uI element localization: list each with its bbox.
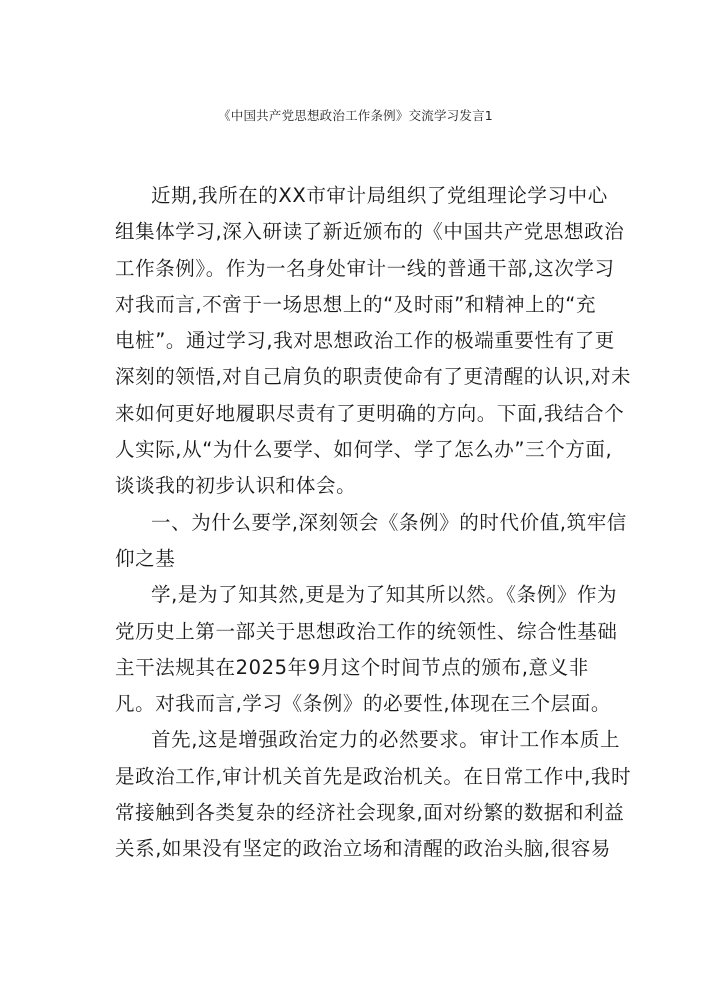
body-line: 谈谈我的初步认识和体会。 [115,468,605,504]
document-body: 近期,我所在的XX市审计局组织了党组理论学习中心 组集体学习,深入研读了新近颁布… [115,178,605,868]
body-line: 关系,如果没有坚定的政治立场和清醒的政治头脑,很容易 [115,831,605,867]
body-line: 人实际,从“为什么要学、如何学、学了怎么办”三个方面, [115,432,605,468]
section-heading-line: 一、为什么要学,深刻领会《条例》的时代价值,筑牢信 [115,505,605,541]
body-line: 对我而言,不啻于一场思想上的“及时雨”和精神上的“充 [115,287,605,323]
body-line: 近期,我所在的XX市审计局组织了党组理论学习中心 [115,178,605,214]
body-line: 常接触到各类复杂的经济社会现象,面对纷繁的数据和利益 [115,795,605,831]
body-line: 凡。对我而言,学习《条例》的必要性,体现在三个层面。 [115,686,605,722]
body-line: 主干法规其在2025年9月这个时间节点的颁布,意义非 [115,650,605,686]
body-line: 工作条例》。作为一名身处审计一线的普通干部,这次学习 [115,251,605,287]
body-line: 党历史上第一部关于思想政治工作的统领性、综合性基础 [115,614,605,650]
body-line: 电桩”。通过学习,我对思想政治工作的极端重要性有了更 [115,323,605,359]
document-title: 《中国共产党思想政治工作条例》交流学习发言1 [0,106,711,124]
section-heading-line: 仰之基 [115,541,605,577]
body-line: 是政治工作,审计机关首先是政治机关。在日常工作中,我时 [115,759,605,795]
body-line: 首先,这是增强政治定力的必然要求。审计工作本质上 [115,722,605,758]
body-line: 学,是为了知其然,更是为了知其所以然。《条例》作为 [115,577,605,613]
document-page: 《中国共产党思想政治工作条例》交流学习发言1 近期,我所在的XX市审计局组织了党… [0,0,711,1006]
body-line: 组集体学习,深入研读了新近颁布的《中国共产党思想政治 [115,214,605,250]
body-line: 深刻的领悟,对自己肩负的职责使命有了更清醒的认识,对未 [115,359,605,395]
body-line: 来如何更好地履职尽责有了更明确的方向。下面,我结合个 [115,396,605,432]
